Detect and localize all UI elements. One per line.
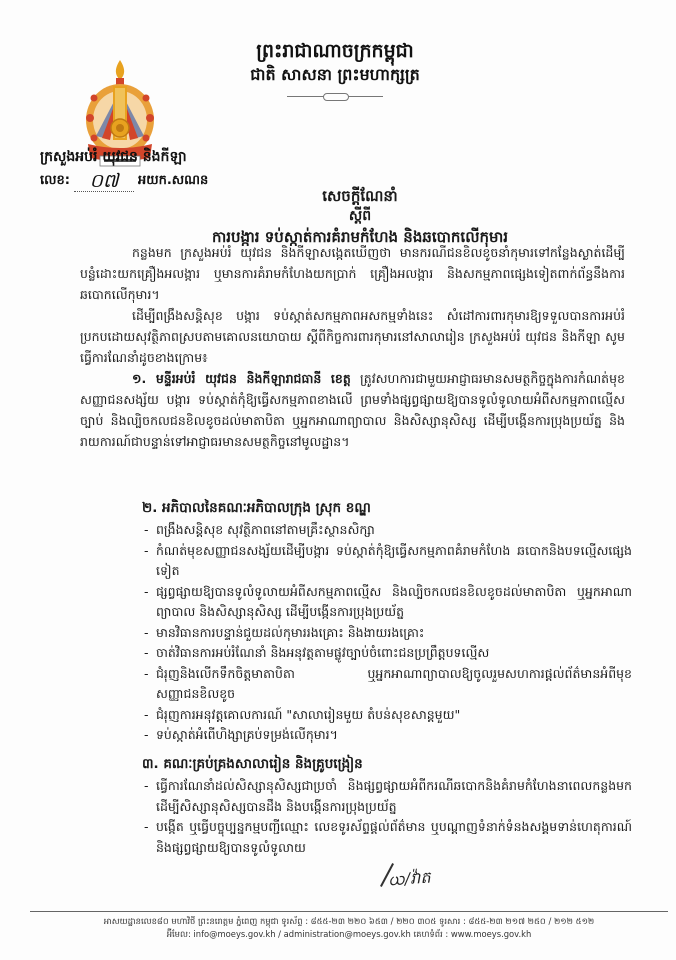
footer-address: អាសយដ្ឋានលេខ៨០ មហាវិថី ព្រះនរោត្តម ភ្នំព… bbox=[30, 915, 668, 928]
paragraph-purpose: ដើម្បីពង្រឹងសន្តិសុខ បង្ការ ទប់ស្កាត់សកម… bbox=[80, 305, 625, 368]
footer: អាសយដ្ឋានលេខ៨០ មហាវិថី ព្រះនរោត្តម ភ្នំព… bbox=[30, 915, 668, 941]
ministry-name: ក្រសួងអប់រំ យុវជន និងកីឡា bbox=[40, 147, 187, 167]
list-item: កំណត់មុខសញ្ញាជនសង្ស័យដើម្បីបង្ការ ទប់ស្ក… bbox=[142, 541, 632, 582]
list-item: ធ្វើការណែនាំដល់សិស្សានុសិស្សជាប្រចាំ និង… bbox=[142, 776, 632, 817]
item-1-paragraph: ១. មន្ទីរអប់រំ យុវជន និងកីឡារាជធានី ខេត្… bbox=[80, 368, 625, 452]
paragraph-intro: កន្លងមក ក្រសួងអប់រំ យុវជន និងកីឡាសង្កេតឃ… bbox=[80, 242, 625, 305]
document-titles: សេចក្តីណែនាំ ស្តីពី ការបង្ការ ទប់ស្កាត់ក… bbox=[150, 186, 570, 248]
list-item: ជំរុញនិងលើកទឹកចិត្តមាតាបិតា ឬអ្នកអាណាព្យ… bbox=[142, 664, 632, 705]
list-item: មានវិធានការបន្ទាន់ជួយដល់កុមាររងគ្រោះ និង… bbox=[142, 623, 632, 644]
about-label: ស្តីពី bbox=[150, 206, 570, 226]
section-list: ធ្វើការណែនាំដល់សិស្សានុសិស្សជាប្រចាំ និង… bbox=[142, 776, 632, 858]
reference-number-value: ០៧ bbox=[74, 171, 134, 192]
section-heading: ៣. គណៈគ្រប់គ្រងសាលារៀន និងគ្រូបង្រៀន bbox=[142, 752, 632, 776]
list-item: បង្កើត ឬធ្វើបច្ចុប្បន្នកម្មបញ្ជីឈ្មោះ លេ… bbox=[142, 817, 632, 858]
footer-contact: អ៊ីមែល: info@moeys.gov.kh / administrati… bbox=[30, 928, 668, 941]
national-motto: ជាតិ សាសនា ព្រះមហាក្សត្រ bbox=[230, 64, 440, 86]
section-list: ពង្រឹងសន្តិសុខ សុវត្ថិភាពនៅតាមគ្រឹះស្ថាន… bbox=[142, 520, 632, 746]
footer-divider bbox=[30, 911, 668, 912]
section-heading: ២. អភិបាលនៃគណៈអភិបាលក្រុង ស្រុក ខណ្ឌ bbox=[142, 496, 632, 520]
list-item: ផ្សព្វផ្សាយឱ្យបានទូលំទូលាយអំពីសកម្មភាពល្… bbox=[142, 582, 632, 623]
ornament-divider-icon bbox=[287, 92, 383, 102]
document-body: កន្លងមក ក្រសួងអប់រំ យុវជន និងកីឡាសង្កេតឃ… bbox=[80, 242, 625, 452]
document-type: សេចក្តីណែនាំ bbox=[150, 186, 570, 206]
item-1-label: ១. មន្ទីរអប់រំ យុវជន និងកីឡារាជធានី ខេត្… bbox=[132, 371, 351, 386]
list-item: ពង្រឹងសន្តិសុខ សុវត្ថិភាពនៅតាមគ្រឹះស្ថាន… bbox=[142, 520, 632, 541]
kingdom-header: ព្រះរាជាណាចក្រកម្ពុជា ជាតិ សាសនា ព្រះមហា… bbox=[230, 38, 440, 102]
signature-initials: ᨿ/វ៉ាត bbox=[387, 867, 431, 895]
kingdom-title: ព្រះរាជាណាចក្រកម្ពុជា bbox=[230, 38, 440, 64]
list-item: ចាត់វិធានការអប់រំណែនាំ និងអនុវត្តតាមផ្លូ… bbox=[142, 643, 632, 664]
section-school-management: ៣. គណៈគ្រប់គ្រងសាលារៀន និងគ្រូបង្រៀន ធ្វ… bbox=[142, 752, 632, 858]
reference-label: លេខ: bbox=[40, 170, 70, 192]
list-item: ជំរុញការអនុវត្តគោលការណ៍ "សាលារៀនមួយ តំបន… bbox=[142, 705, 632, 726]
document-page: ព្រះរាជាណាចក្រកម្ពុជា ជាតិ សាសនា ព្រះមហា… bbox=[0, 0, 676, 960]
list-item: ទប់ស្កាត់អំពើហិង្សាគ្រប់ទម្រង់លើកុមារ។ bbox=[142, 725, 632, 746]
section-district-governors: ២. អភិបាលនៃគណៈអភិបាលក្រុង ស្រុក ខណ្ឌ ពង្… bbox=[142, 496, 632, 746]
